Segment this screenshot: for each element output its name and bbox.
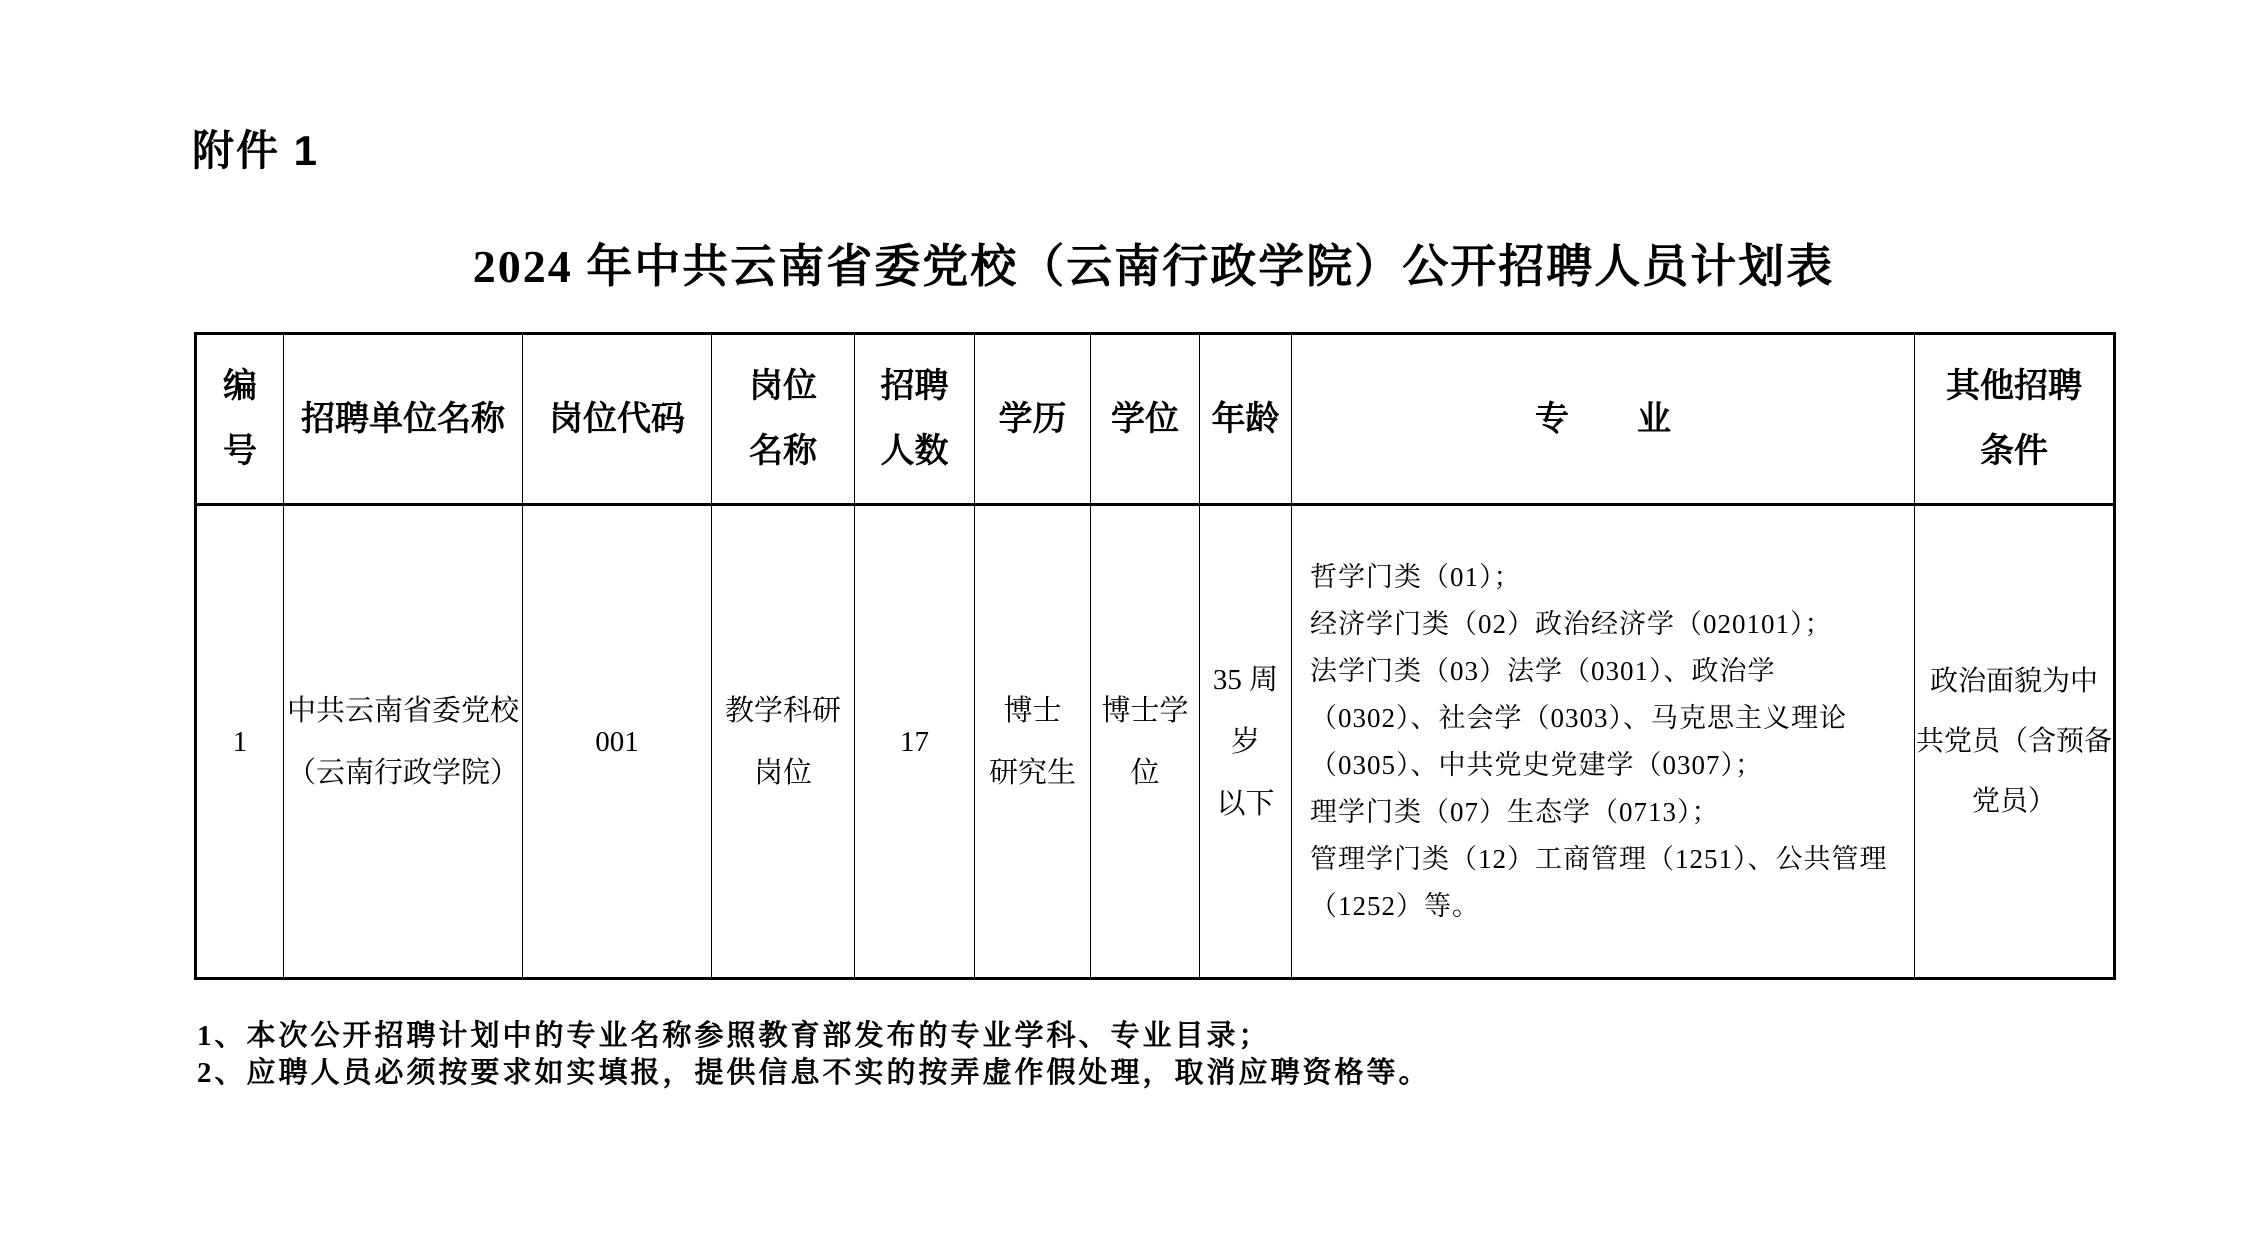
col-header-age: 年龄: [1200, 334, 1292, 505]
col-header-degree: 学位: [1091, 334, 1200, 505]
col-header-major: 专 业: [1292, 334, 1915, 505]
table-header-row: 编 号 招聘单位名称 岗位代码 岗位 名称 招聘 人数 学历 学位 年龄 专 业…: [196, 334, 2115, 505]
major-line: 理学门类（07）生态学（0713）；: [1310, 789, 1896, 836]
footnote-1: 1、本次公开招聘计划中的专业名称参照教育部发布的专业学科、专业目录；: [197, 1018, 1431, 1055]
page-title: 2024 年中共云南省委党校（云南行政学院）公开招聘人员计划表: [194, 230, 2113, 296]
col-header-post-name: 岗位 名称: [712, 334, 855, 505]
document-page: 附件 1 2024 年中共云南省委党校（云南行政学院）公开招聘人员计划表 编 号…: [0, 0, 2245, 1249]
cell-post-name: 教学科研 岗位: [712, 505, 855, 979]
col-header-post-code: 岗位代码: [523, 334, 712, 505]
col-header-employer: 招聘单位名称: [284, 334, 523, 505]
cell-employer: 中共云南省委党校 （云南行政学院）: [284, 505, 523, 979]
cell-post-code: 001: [523, 505, 712, 979]
table-row: 1 中共云南省委党校 （云南行政学院） 001 教学科研 岗位 17 博士 研究…: [196, 505, 2115, 979]
major-line: 法学门类（03）法学（0301）、政治学（0302）、社会学（0303）、马克思…: [1310, 648, 1896, 789]
attachment-label: 附件 1: [192, 118, 319, 178]
cell-education: 博士 研究生: [975, 505, 1091, 979]
footnotes: 1、本次公开招聘计划中的专业名称参照教育部发布的专业学科、专业目录； 2、应聘人…: [197, 1018, 1431, 1092]
major-line: 管理学门类（12）工商管理（1251）、公共管理（1252）等。: [1310, 836, 1896, 930]
recruitment-plan-table: 编 号 招聘单位名称 岗位代码 岗位 名称 招聘 人数 学历 学位 年龄 专 业…: [194, 332, 2116, 980]
cell-headcount: 17: [855, 505, 975, 979]
col-header-serial: 编 号: [196, 334, 284, 505]
col-header-other-conditions: 其他招聘 条件: [1915, 334, 2115, 505]
major-line: 经济学门类（02）政治经济学（020101）；: [1310, 601, 1896, 648]
footnote-2: 2、应聘人员必须按要求如实填报，提供信息不实的按弄虚作假处理，取消应聘资格等。: [197, 1055, 1431, 1092]
col-header-headcount: 招聘 人数: [855, 334, 975, 505]
cell-degree: 博士学 位: [1091, 505, 1200, 979]
cell-age: 35 周岁 以下: [1200, 505, 1292, 979]
col-header-education: 学历: [975, 334, 1091, 505]
major-line: 哲学门类（01）；: [1310, 554, 1896, 601]
cell-serial: 1: [196, 505, 284, 979]
cell-major: 哲学门类（01）； 经济学门类（02）政治经济学（020101）； 法学门类（0…: [1292, 505, 1915, 979]
cell-other-conditions: 政治面貌为中 共党员（含预备 党员）: [1915, 505, 2115, 979]
